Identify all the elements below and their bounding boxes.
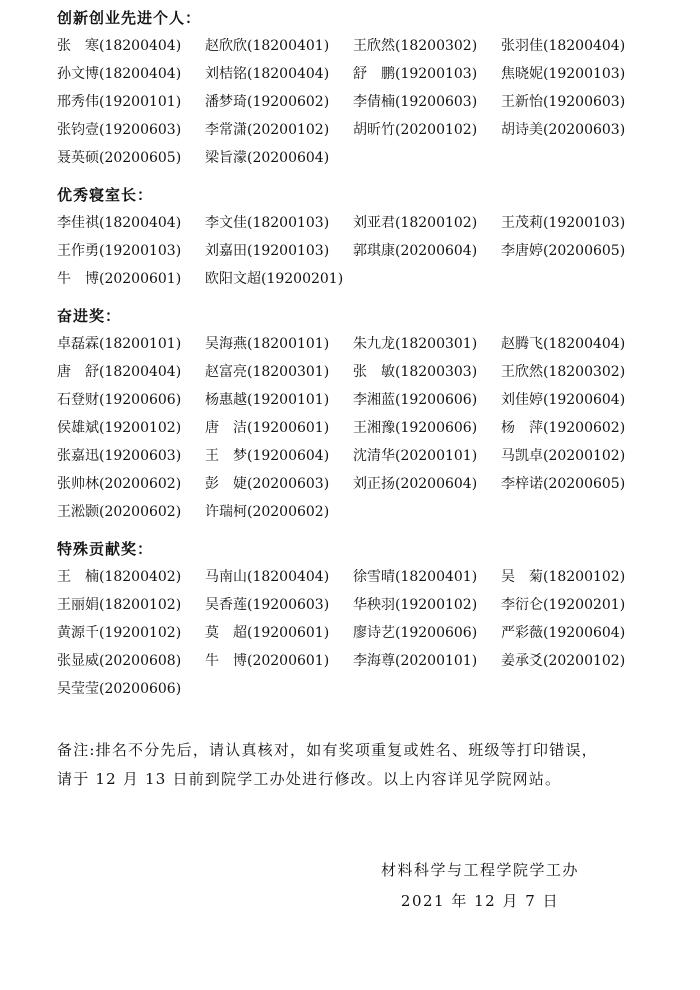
recipient-entry: 孙文博(18200404) — [57, 60, 205, 88]
recipient-entry: 张羽佳(18200404) — [501, 32, 649, 60]
recipient-entry: 王 梦(19200604) — [205, 442, 353, 470]
recipient-entry: 廖诗艺(19200606) — [353, 619, 501, 647]
recipient-entry: 赵腾飞(18200404) — [501, 330, 649, 358]
section-heading: 优秀寝室长： — [57, 181, 677, 209]
recipient-entry: 彭 婕(20200603) — [205, 470, 353, 498]
signature-block: 材料科学与工程学院学工办 2021 年 12 月 7 日 — [360, 855, 600, 917]
recipient-entry: 刘佳婷(19200604) — [501, 386, 649, 414]
recipient-entry: 刘正扬(20200604) — [353, 470, 501, 498]
recipient-entry: 王丽娟(18200102) — [57, 591, 205, 619]
recipient-entry: 吴莹莹(20200606) — [57, 675, 205, 703]
recipient-entry: 王作勇(19200103) — [57, 237, 205, 265]
recipient-entry: 马凯卓(20200102) — [501, 442, 649, 470]
recipient-entry: 王欣然(18200302) — [501, 358, 649, 386]
recipient-entry: 王淞颢(20200602) — [57, 498, 205, 526]
recipient-entry: 李倩楠(19200603) — [353, 88, 501, 116]
recipient-entry: 黄源千(19200102) — [57, 619, 205, 647]
recipient-grid: 张 寒(18200404)赵欣欣(18200401)王欣然(18200302)张… — [57, 32, 677, 172]
recipient-entry: 王茂莉(19200103) — [501, 209, 649, 237]
section-progress-award: 奋进奖：卓磊霖(18200101)吴海燕(18200101)朱九龙(182003… — [57, 302, 677, 526]
section-heading: 奋进奖： — [57, 302, 677, 330]
recipient-entry: 石登财(19200606) — [57, 386, 205, 414]
recipient-entry: 胡诗美(20200603) — [501, 116, 649, 144]
recipient-grid: 卓磊霖(18200101)吴海燕(18200101)朱九龙(18200301)赵… — [57, 330, 677, 526]
recipient-entry: 刘亚君(18200102) — [353, 209, 501, 237]
recipient-entry: 舒 鹏(19200103) — [353, 60, 501, 88]
recipient-entry: 吴海燕(18200101) — [205, 330, 353, 358]
section-heading: 特殊贡献奖： — [57, 535, 677, 563]
recipient-entry: 李常潇(20200102) — [205, 116, 353, 144]
recipient-entry: 沈清华(20200101) — [353, 442, 501, 470]
recipient-entry: 张 敏(18200303) — [353, 358, 501, 386]
recipient-entry: 卓磊霖(18200101) — [57, 330, 205, 358]
recipient-entry: 王欣然(18200302) — [353, 32, 501, 60]
section-special-contribution: 特殊贡献奖：王 楠(18200402)马南山(18200404)徐雪晴(1820… — [57, 535, 677, 703]
recipient-entry: 李衍仑(19200201) — [501, 591, 649, 619]
recipient-entry: 李文佳(18200103) — [205, 209, 353, 237]
recipient-entry: 侯雄斌(19200102) — [57, 414, 205, 442]
recipient-entry: 赵欣欣(18200401) — [205, 32, 353, 60]
section-innovation-entrepreneurship: 创新创业先进个人：张 寒(18200404)赵欣欣(18200401)王欣然(1… — [57, 4, 677, 172]
recipient-entry: 梁旨濛(20200604) — [205, 144, 353, 172]
recipient-entry: 赵富亮(18200301) — [205, 358, 353, 386]
recipient-entry: 严彩薇(19200604) — [501, 619, 649, 647]
signature-date: 2021 年 12 月 7 日 — [360, 886, 600, 917]
remarks: 备注:排名不分先后，请认真核对，如有奖项重复或姓名、班级等打印错误， 请于 12… — [57, 736, 677, 794]
recipient-entry: 杨 萍(19200602) — [501, 414, 649, 442]
recipient-entry: 徐雪晴(18200401) — [353, 563, 501, 591]
recipient-entry: 牛 博(20200601) — [205, 647, 353, 675]
recipient-entry: 欧阳文超(19200201) — [205, 265, 353, 293]
recipient-entry: 李梓诺(20200605) — [501, 470, 649, 498]
recipient-entry: 邢秀伟(19200101) — [57, 88, 205, 116]
award-list: 创新创业先进个人：张 寒(18200404)赵欣欣(18200401)王欣然(1… — [57, 4, 677, 712]
remarks-line-1: 备注:排名不分先后，请认真核对，如有奖项重复或姓名、班级等打印错误， — [57, 736, 677, 765]
section-dorm-leader: 优秀寝室长：李佳祺(18200404)李文佳(18200103)刘亚君(1820… — [57, 181, 677, 293]
recipient-entry: 李佳祺(18200404) — [57, 209, 205, 237]
recipient-grid: 王 楠(18200402)马南山(18200404)徐雪晴(18200401)吴… — [57, 563, 677, 703]
recipient-entry: 唐 舒(18200404) — [57, 358, 205, 386]
recipient-entry: 李唐婷(20200605) — [501, 237, 649, 265]
recipient-entry: 吴香莲(19200603) — [205, 591, 353, 619]
recipient-entry: 张显威(20200608) — [57, 647, 205, 675]
recipient-entry: 聂英硕(20200605) — [57, 144, 205, 172]
recipient-entry: 潘梦琦(19200602) — [205, 88, 353, 116]
recipient-entry: 姜承爻(20200102) — [501, 647, 649, 675]
recipient-entry: 许瑞柯(20200602) — [205, 498, 353, 526]
recipient-entry: 张帅林(20200602) — [57, 470, 205, 498]
recipient-grid: 李佳祺(18200404)李文佳(18200103)刘亚君(18200102)王… — [57, 209, 677, 293]
recipient-entry: 杨惠越(19200101) — [205, 386, 353, 414]
remarks-line-2: 请于 12 月 13 日前到院学工办处进行修改。以上内容详见学院网站。 — [57, 765, 677, 794]
recipient-entry: 焦晓妮(19200103) — [501, 60, 649, 88]
recipient-entry: 王湘豫(19200606) — [353, 414, 501, 442]
recipient-entry: 唐 洁(19200601) — [205, 414, 353, 442]
recipient-entry: 郭琪康(20200604) — [353, 237, 501, 265]
section-heading: 创新创业先进个人： — [57, 4, 677, 32]
recipient-entry: 刘桔铭(18200404) — [205, 60, 353, 88]
recipient-entry: 王新怡(19200603) — [501, 88, 649, 116]
signature-org: 材料科学与工程学院学工办 — [360, 855, 600, 886]
recipient-entry: 张嘉迅(19200603) — [57, 442, 205, 470]
recipient-entry: 牛 博(20200601) — [57, 265, 205, 293]
recipient-entry: 华秧羽(19200102) — [353, 591, 501, 619]
recipient-entry: 马南山(18200404) — [205, 563, 353, 591]
recipient-entry: 胡昕竹(20200102) — [353, 116, 501, 144]
recipient-entry: 莫 超(19200601) — [205, 619, 353, 647]
recipient-entry: 朱九龙(18200301) — [353, 330, 501, 358]
recipient-entry: 李海尊(20200101) — [353, 647, 501, 675]
recipient-entry: 张 寒(18200404) — [57, 32, 205, 60]
recipient-entry: 刘嘉田(19200103) — [205, 237, 353, 265]
recipient-entry: 李湘蓝(19200606) — [353, 386, 501, 414]
recipient-entry: 王 楠(18200402) — [57, 563, 205, 591]
recipient-entry: 吴 菊(18200102) — [501, 563, 649, 591]
recipient-entry: 张钧壹(19200603) — [57, 116, 205, 144]
